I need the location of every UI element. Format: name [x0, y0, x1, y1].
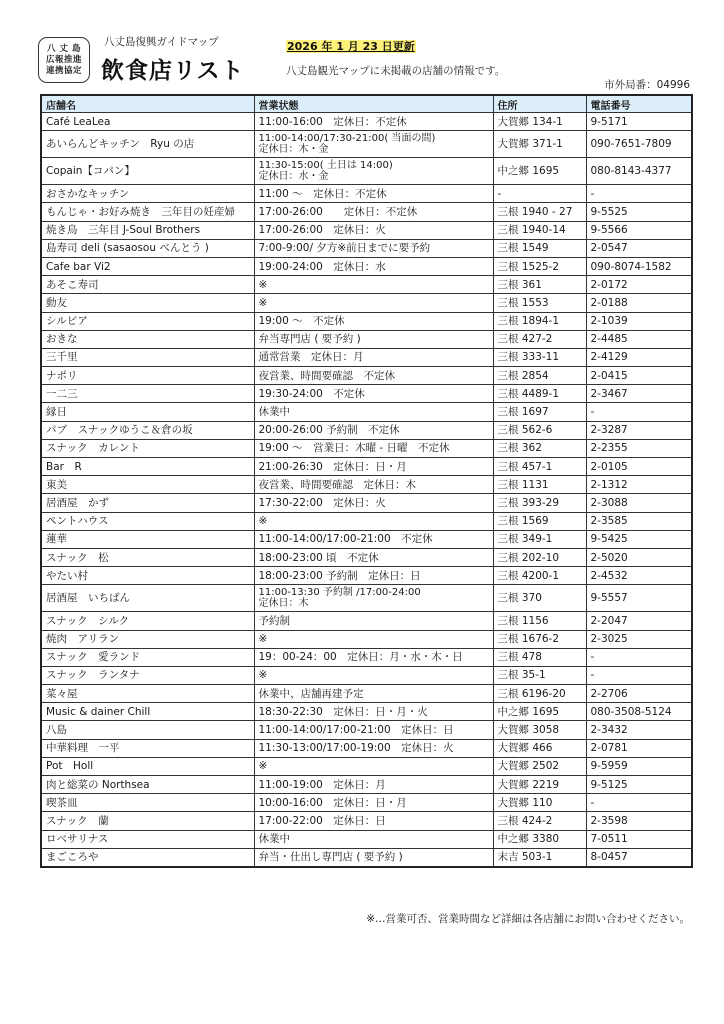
- cell-hours: 17:30-22:00 定休日：火: [254, 494, 493, 512]
- cell-hours-text: 21:00-26:30 定休日：日・月: [259, 461, 407, 473]
- cell-hours-text: 弁当・仕出し専門店 ( 要予約 ): [259, 851, 403, 863]
- cell-phone-text: 2-3467: [591, 388, 628, 400]
- cell-phone-text: 8-0457: [591, 851, 628, 863]
- cell-phone: 2-3432: [586, 721, 692, 739]
- cell-address: 三根 361: [493, 276, 586, 294]
- cell-address: 三根 362: [493, 439, 586, 457]
- cell-address-text: 三根 2854: [498, 370, 549, 382]
- cell-name-text: Copain【コパン】: [46, 165, 135, 177]
- cell-hours-text: ※: [259, 760, 268, 772]
- cell-phone-text: 2-3585: [591, 515, 628, 527]
- cell-hours: 休業中: [254, 830, 493, 848]
- cell-hours: ※: [254, 757, 493, 775]
- cell-address-text: 大賀郷 2219: [498, 779, 560, 791]
- cell-address-text: 大賀郷 134-1: [498, 116, 563, 128]
- cell-address-text: 三根 349-1: [498, 533, 553, 545]
- cell-phone-text: 2-0172: [591, 279, 628, 291]
- cell-name: もんじゃ・お好み焼き 三年目の妊産婦: [41, 203, 254, 221]
- cell-hours: 19:00 ～ 営業日：木曜 - 日曜 不定休: [254, 439, 493, 457]
- cell-phone-text: 090-7651-7809: [591, 138, 672, 150]
- cell-address-text: 大賀郷 110: [498, 797, 553, 809]
- cell-hours-text: 19:00-24:00 定休日：水: [259, 261, 386, 273]
- table-row: Cafe bar Vi219:00-24:00 定休日：水三根 1525-209…: [41, 257, 692, 275]
- cell-address-text: 三根 4200-1: [498, 570, 560, 582]
- cell-phone-text: 2-4485: [591, 333, 628, 345]
- cell-hours: 19:00 ～ 不定休: [254, 312, 493, 330]
- table-row: 三千里通常営業 定休日：月三根 333-112-4129: [41, 348, 692, 366]
- cell-name-text: 肉と総菜の Northsea: [46, 779, 150, 791]
- cell-phone: -: [586, 403, 692, 421]
- cell-hours: 11:00-14:00/17:30-21:00( 当面の間)定休日：木・金: [254, 131, 493, 158]
- cell-phone: 2-5020: [586, 548, 692, 566]
- cell-phone-text: 2-5020: [591, 552, 628, 564]
- table-row: やたい村18:00-23:00 予約制 定休日：日三根 4200-12-4532: [41, 567, 692, 585]
- cell-phone: -: [586, 794, 692, 812]
- cell-hours: 弁当・仕出し専門店 ( 要予約 ): [254, 848, 493, 867]
- cell-name: 喫茶皿: [41, 794, 254, 812]
- cell-name-text: スナック 愛ランド: [46, 651, 140, 663]
- cell-hours: 19：00-24：00 定休日：月・水・木・日: [254, 648, 493, 666]
- cell-phone: 090-8074-1582: [586, 257, 692, 275]
- cell-address: 三根 6196-20: [493, 685, 586, 703]
- cell-hours-text: 11:00 ～ 定休日：不定休: [259, 188, 387, 200]
- cell-address: 三根 370: [493, 585, 586, 612]
- cell-hours: ※: [254, 512, 493, 530]
- table-row: 中華料理 一平11:30-13:00/17:00-19:00 定休日：火大賀郷 …: [41, 739, 692, 757]
- cell-hours: 通常営業 定休日：月: [254, 348, 493, 366]
- cell-phone-text: 2-2706: [591, 688, 628, 700]
- cell-address-text: 三根 1676-2: [498, 633, 560, 645]
- table-row: 一二三19:30-24:00 不定休三根 4489-12-3467: [41, 385, 692, 403]
- cell-hours-text: 休業中、店舗再建予定: [259, 688, 364, 700]
- cell-address-text: 三根 478: [498, 651, 542, 663]
- cell-hours: 18:30-22:30 定休日：日・月・火: [254, 703, 493, 721]
- cell-phone-text: 090-8074-1582: [591, 261, 672, 273]
- table-row: 焼肉 アリラン※三根 1676-22-3025: [41, 630, 692, 648]
- cell-name: ペントハウス: [41, 512, 254, 530]
- cell-address: 三根 35-1: [493, 666, 586, 684]
- cell-address: -: [493, 185, 586, 203]
- cell-hours: 予約制: [254, 612, 493, 630]
- cell-hours-text: 20:00-26:00 予約制 不定休: [259, 424, 400, 436]
- cell-name-text: 八島: [46, 724, 67, 736]
- cell-address: 三根 1676-2: [493, 630, 586, 648]
- cell-phone-text: 9-5566: [591, 224, 628, 236]
- cell-address: 三根 4489-1: [493, 385, 586, 403]
- cell-address-text: 三根 562-6: [498, 424, 553, 436]
- cell-phone-text: 9-5125: [591, 779, 628, 791]
- cell-phone-text: 080-8143-4377: [591, 165, 672, 177]
- cell-phone: 080-8143-4377: [586, 158, 692, 185]
- cell-phone: 9-5557: [586, 585, 692, 612]
- table-row: 居酒屋 かず17:30-22:00 定休日：火三根 393-292-3088: [41, 494, 692, 512]
- table-row: スナック カレント19:00 ～ 営業日：木曜 - 日曜 不定休三根 3622-…: [41, 439, 692, 457]
- cell-phone: 2-3598: [586, 812, 692, 830]
- cell-hours: 弁当専門店 ( 要予約 ): [254, 330, 493, 348]
- table-row: スナック 愛ランド19：00-24：00 定休日：月・水・木・日三根 478-: [41, 648, 692, 666]
- cell-phone: 080-3508-5124: [586, 703, 692, 721]
- cell-address: 三根 393-29: [493, 494, 586, 512]
- cell-phone-text: 2-2355: [591, 442, 628, 454]
- column-header-name: 店舗名: [41, 95, 254, 113]
- cell-phone-text: 2-0547: [591, 242, 628, 254]
- cell-name: 居酒屋 いちばん: [41, 585, 254, 612]
- cell-hours: 18:00-23:00 予約制 定休日：日: [254, 567, 493, 585]
- cell-phone: 9-5566: [586, 221, 692, 239]
- cell-address: 三根 1940 - 27: [493, 203, 586, 221]
- cell-name: 焼き鳥 三年目 J-Soul Brothers: [41, 221, 254, 239]
- cell-name-text: 喫茶皿: [46, 797, 78, 809]
- cell-hours-text: 11:30-15:00( 土日は 14:00): [259, 160, 489, 171]
- table-row: おさかなキッチン11:00 ～ 定休日：不定休--: [41, 185, 692, 203]
- cell-phone-text: 9-5525: [591, 206, 628, 218]
- cell-address: 三根 562-6: [493, 421, 586, 439]
- cell-address-text: 三根 1131: [498, 479, 549, 491]
- cell-name-text: Music & dainer Chill: [46, 706, 150, 718]
- cell-address: 中之郷 3380: [493, 830, 586, 848]
- table-row: ペントハウス※三根 15692-3585: [41, 512, 692, 530]
- cell-address: 中之郷 1695: [493, 158, 586, 185]
- cell-name-text: 中華料理 一平: [46, 742, 120, 754]
- cell-name-text: パブ スナックゆうこ＆倉の坂: [46, 424, 193, 436]
- cell-hours-text: 17:00-26:00 定休日：火: [259, 224, 386, 236]
- cell-phone: 9-5171: [586, 113, 692, 131]
- cell-name-text: 焼き鳥 三年目 J-Soul Brothers: [46, 224, 200, 236]
- cell-name: おさかなキッチン: [41, 185, 254, 203]
- cell-hours-text: 夜営業、時間要確認 定休日：木: [259, 479, 417, 491]
- cell-hours: 11:30-15:00( 土日は 14:00)定休日：水・金: [254, 158, 493, 185]
- cell-address-text: 三根 361: [498, 279, 542, 291]
- cell-phone: 2-1039: [586, 312, 692, 330]
- column-header-phone: 電話番号: [586, 95, 692, 113]
- cell-hours-text: ※: [259, 669, 268, 681]
- cell-name-text: まごころや: [46, 851, 99, 863]
- cell-phone: -: [586, 185, 692, 203]
- cell-address: 三根 478: [493, 648, 586, 666]
- cell-address: 大賀郷 2219: [493, 776, 586, 794]
- cell-phone: -: [586, 666, 692, 684]
- cell-address-text: 三根 370: [498, 592, 542, 604]
- cell-name: やたい村: [41, 567, 254, 585]
- cell-phone: 2-1312: [586, 476, 692, 494]
- cell-hours: 21:00-26:30 定休日：日・月: [254, 458, 493, 476]
- cell-phone: 9-5125: [586, 776, 692, 794]
- cell-name: スナック 松: [41, 548, 254, 566]
- cell-name: ロベサリナス: [41, 830, 254, 848]
- table-row: Café LeaLea11:00-16:00 定休日：不定休大賀郷 134-19…: [41, 113, 692, 131]
- cell-name-text: 縁日: [46, 406, 67, 418]
- cell-hours-text: 11:00-14:00/17:30-21:00( 当面の間): [259, 133, 489, 144]
- table-row: あいらんどキッチン Ryu の店11:00-14:00/17:30-21:00(…: [41, 131, 692, 158]
- cell-address-text: 三根 427-2: [498, 333, 553, 345]
- cell-phone: 9-5959: [586, 757, 692, 775]
- cell-phone-text: 2-1039: [591, 315, 628, 327]
- cell-hours: 夜営業、時間要確認 定休日：木: [254, 476, 493, 494]
- cell-phone-text: -: [591, 797, 595, 809]
- cell-name: あいらんどキッチン Ryu の店: [41, 131, 254, 158]
- cell-phone: 2-0105: [586, 458, 692, 476]
- cell-address: 大賀郷 134-1: [493, 113, 586, 131]
- table-row: 喫茶皿10:00-16:00 定休日：日・月大賀郷 110-: [41, 794, 692, 812]
- cell-phone-text: 2-0415: [591, 370, 628, 382]
- cell-name-text: スナック ランタナ: [46, 669, 140, 681]
- cell-name: 蓮華: [41, 530, 254, 548]
- page-title: 飲食店リスト: [101, 52, 245, 85]
- cell-address-text: -: [498, 188, 502, 200]
- cell-phone-text: 7-0511: [591, 833, 628, 845]
- cell-phone-text: 2-3432: [591, 724, 628, 736]
- logo-badge: 八 丈 島 広報推進 連携協定: [38, 37, 90, 83]
- cell-name: パブ スナックゆうこ＆倉の坂: [41, 421, 254, 439]
- cell-name: Café LeaLea: [41, 113, 254, 131]
- cell-address: 三根 1156: [493, 612, 586, 630]
- cell-address: 三根 4200-1: [493, 567, 586, 585]
- cell-hours: 11:00-14:00/17:00-21:00 不定休: [254, 530, 493, 548]
- cell-address: 三根 1697: [493, 403, 586, 421]
- cell-name-text: Bar R: [46, 461, 82, 473]
- cell-hours: 休業中、店舗再建予定: [254, 685, 493, 703]
- cell-hours-text: 18:00-23:00 頃 不定休: [259, 552, 379, 564]
- cell-hours: 夜営業、時間要確認 不定休: [254, 367, 493, 385]
- cell-phone: 7-0511: [586, 830, 692, 848]
- table-row: Copain【コパン】11:30-15:00( 土日は 14:00)定休日：水・…: [41, 158, 692, 185]
- cell-address: 大賀郷 110: [493, 794, 586, 812]
- cell-phone-text: 2-3088: [591, 497, 628, 509]
- cell-phone-text: -: [591, 651, 595, 663]
- cell-name-text: スナック 蘭: [46, 815, 109, 827]
- cell-address: 末吉 503-1: [493, 848, 586, 867]
- cell-phone: 8-0457: [586, 848, 692, 867]
- cell-phone-text: -: [591, 406, 595, 418]
- cell-name-text: 居酒屋 いちばん: [46, 592, 130, 604]
- cell-name-text: スナック 松: [46, 552, 109, 564]
- cell-name: Bar R: [41, 458, 254, 476]
- cell-phone-text: -: [591, 188, 595, 200]
- cell-hours: 11:00-14:00/17:00-21:00 定休日：日: [254, 721, 493, 739]
- cell-hours-text: 18:30-22:30 定休日：日・月・火: [259, 706, 428, 718]
- cell-address-text: 中之郷 3380: [498, 833, 560, 845]
- cell-hours: 20:00-26:00 予約制 不定休: [254, 421, 493, 439]
- cell-hours-text-line2: 定休日：木: [259, 598, 489, 609]
- area-code: 市外局番：04996: [604, 77, 690, 92]
- update-date: 2026 年 1 月 23 日更新: [286, 40, 416, 53]
- cell-hours-text-line2: 定休日：水・金: [259, 171, 489, 182]
- table-row: Pot Holl※大賀郷 25029-5959: [41, 757, 692, 775]
- table-row: 島寿司 deli (sasaosou べんとう )7:00-9:00/ 夕方※前…: [41, 239, 692, 257]
- cell-name-text: 島寿司 deli (sasaosou べんとう ): [46, 242, 209, 254]
- table-row: 菜々屋休業中、店舗再建予定三根 6196-202-2706: [41, 685, 692, 703]
- cell-name: 縁日: [41, 403, 254, 421]
- cell-name: 菜々屋: [41, 685, 254, 703]
- cell-hours-text: 19：00-24：00 定休日：月・水・木・日: [259, 651, 463, 663]
- cell-name-text: Café LeaLea: [46, 116, 110, 128]
- cell-name-text: 蓮華: [46, 533, 67, 545]
- table-row: おきな弁当専門店 ( 要予約 )三根 427-22-4485: [41, 330, 692, 348]
- cell-name: 焼肉 アリラン: [41, 630, 254, 648]
- cell-hours-text: 17:30-22:00 定休日：火: [259, 497, 386, 509]
- cell-address-text: 三根 202-10: [498, 552, 560, 564]
- cell-name-text: 三千里: [46, 351, 78, 363]
- cell-address-text: 三根 1525-2: [498, 261, 560, 273]
- cell-phone-text: 2-0105: [591, 461, 628, 473]
- cell-address-text: 三根 1569: [498, 515, 549, 527]
- cell-address: 三根 457-1: [493, 458, 586, 476]
- cell-phone: 2-3585: [586, 512, 692, 530]
- cell-name: スナック 愛ランド: [41, 648, 254, 666]
- cell-address: 中之郷 1695: [493, 703, 586, 721]
- cell-phone-text: 2-2047: [591, 615, 628, 627]
- cell-address-text: 三根 1553: [498, 297, 549, 309]
- cell-name: スナック シルク: [41, 612, 254, 630]
- cell-hours: 11:30-13:00/17:00-19:00 定休日：火: [254, 739, 493, 757]
- cell-name-text: 一二三: [46, 388, 78, 400]
- cell-phone-text: 2-3598: [591, 815, 628, 827]
- logo-line-3: 連携協定: [46, 66, 82, 77]
- cell-address-text: 三根 393-29: [498, 497, 560, 509]
- cell-phone: 2-0781: [586, 739, 692, 757]
- table-body: Café LeaLea11:00-16:00 定休日：不定休大賀郷 134-19…: [41, 113, 692, 867]
- table-row: スナック 松18:00-23:00 頃 不定休三根 202-102-5020: [41, 548, 692, 566]
- cell-name: あそこ寿司: [41, 276, 254, 294]
- cell-name: 一二三: [41, 385, 254, 403]
- cell-address-text: 中之郷 1695: [498, 706, 560, 718]
- cell-hours-text: 11:00-19:00 定休日：月: [259, 779, 386, 791]
- cell-address-text: 三根 457-1: [498, 461, 553, 473]
- cell-name: スナック ランタナ: [41, 666, 254, 684]
- cell-phone: 9-5425: [586, 530, 692, 548]
- cell-phone: 2-0172: [586, 276, 692, 294]
- cell-name-text: やたい村: [46, 570, 88, 582]
- cell-phone: 9-5525: [586, 203, 692, 221]
- table-row: 蓮華11:00-14:00/17:00-21:00 不定休三根 349-19-5…: [41, 530, 692, 548]
- cell-hours: ※: [254, 276, 493, 294]
- cell-address-text: 三根 362: [498, 442, 542, 454]
- table-row: Bar R21:00-26:30 定休日：日・月三根 457-12-0105: [41, 458, 692, 476]
- cell-phone-text: 080-3508-5124: [591, 706, 672, 718]
- restaurant-table: 店舗名 営業状態 住所 電話番号 Café LeaLea11:00-16:00 …: [40, 94, 693, 868]
- cell-phone: 090-7651-7809: [586, 131, 692, 158]
- cell-hours-text: 10:00-16:00 定休日：日・月: [259, 797, 407, 809]
- cell-address-text: 三根 1940 - 27: [498, 206, 573, 218]
- cell-hours-text: ※: [259, 515, 268, 527]
- cell-address-text: 三根 1549: [498, 242, 549, 254]
- cell-phone: 2-4129: [586, 348, 692, 366]
- cell-hours: 11:00-19:00 定休日：月: [254, 776, 493, 794]
- cell-hours: 11:00-13:30 予約制 /17:00-24:00定休日：木: [254, 585, 493, 612]
- cell-address: 大賀郷 371-1: [493, 131, 586, 158]
- cell-phone: 2-0547: [586, 239, 692, 257]
- cell-phone-text: 2-1312: [591, 479, 628, 491]
- cell-hours-text: 夜営業、時間要確認 不定休: [259, 370, 396, 382]
- cell-hours-text: 予約制: [259, 615, 291, 627]
- cell-name-text: おさかなキッチン: [46, 188, 129, 200]
- cell-hours: 18:00-23:00 頃 不定休: [254, 548, 493, 566]
- table-row: シルビア19:00 ～ 不定休三根 1894-12-1039: [41, 312, 692, 330]
- cell-name: 肉と総菜の Northsea: [41, 776, 254, 794]
- cell-phone: 2-0188: [586, 294, 692, 312]
- cell-address: 大賀郷 3058: [493, 721, 586, 739]
- cell-name-text: 焼肉 アリラン: [46, 633, 119, 645]
- cell-address-text: 中之郷 1695: [498, 165, 560, 177]
- cell-phone: 2-2047: [586, 612, 692, 630]
- cell-phone: 2-2355: [586, 439, 692, 457]
- cell-phone: -: [586, 648, 692, 666]
- cell-hours-text-line2: 定休日：木・金: [259, 144, 489, 155]
- table-row: ロベサリナス休業中中之郷 33807-0511: [41, 830, 692, 848]
- cell-phone-text: 9-5959: [591, 760, 628, 772]
- cell-hours-text: 11:00-13:30 予約制 /17:00-24:00: [259, 587, 489, 598]
- cell-phone-text: 9-5171: [591, 116, 628, 128]
- cell-phone-text: 2-3287: [591, 424, 628, 436]
- logo-line-1: 八 丈 島: [47, 44, 81, 55]
- cell-address-text: 大賀郷 3058: [498, 724, 560, 736]
- cell-address-text: 三根 424-2: [498, 815, 553, 827]
- cell-name-text: 居酒屋 かず: [46, 497, 109, 509]
- cell-address: 三根 424-2: [493, 812, 586, 830]
- cell-name-text: Cafe bar Vi2: [46, 261, 111, 273]
- cell-name: スナック カレント: [41, 439, 254, 457]
- table-row: パブ スナックゆうこ＆倉の坂20:00-26:00 予約制 不定休三根 562-…: [41, 421, 692, 439]
- table-row: スナック 蘭17:00-22:00 定休日：日三根 424-22-3598: [41, 812, 692, 830]
- table-row: ナポリ夜営業、時間要確認 不定休三根 28542-0415: [41, 367, 692, 385]
- cell-phone: 2-3088: [586, 494, 692, 512]
- table-row: もんじゃ・お好み焼き 三年目の妊産婦17:00-26:00 定休日：不定休三根 …: [41, 203, 692, 221]
- cell-name: 動友: [41, 294, 254, 312]
- cell-address-text: 三根 6196-20: [498, 688, 566, 700]
- cell-hours: ※: [254, 630, 493, 648]
- cell-address: 三根 1553: [493, 294, 586, 312]
- cell-name: おきな: [41, 330, 254, 348]
- cell-name: シルビア: [41, 312, 254, 330]
- logo-line-2: 広報推進: [46, 55, 82, 66]
- cell-phone: 2-4532: [586, 567, 692, 585]
- cell-address-text: 大賀郷 466: [498, 742, 553, 754]
- column-header-address: 住所: [493, 95, 586, 113]
- table-row: 焼き鳥 三年目 J-Soul Brothers17:00-26:00 定休日：火…: [41, 221, 692, 239]
- cell-hours-text: 11:00-16:00 定休日：不定休: [259, 116, 407, 128]
- cell-name: 東美: [41, 476, 254, 494]
- cell-hours-text: ※: [259, 279, 268, 291]
- cell-hours-text: 休業中: [259, 833, 291, 845]
- cell-address: 大賀郷 466: [493, 739, 586, 757]
- cell-name-text: 菜々屋: [46, 688, 78, 700]
- cell-hours-text: 弁当専門店 ( 要予約 ): [259, 333, 361, 345]
- cell-phone: 2-4485: [586, 330, 692, 348]
- cell-hours: 7:00-9:00/ 夕方※前日までに要予約: [254, 239, 493, 257]
- cell-phone-text: 2-3025: [591, 633, 628, 645]
- column-header-hours: 営業状態: [254, 95, 493, 113]
- cell-address-text: 大賀郷 2502: [498, 760, 560, 772]
- cell-name-text: おきな: [46, 333, 78, 345]
- cell-name: 八島: [41, 721, 254, 739]
- table-row: スナック ランタナ※三根 35-1-: [41, 666, 692, 684]
- table-row: Music & dainer Chill18:30-22:30 定休日：日・月・…: [41, 703, 692, 721]
- cell-address-text: 三根 1940-14: [498, 224, 566, 236]
- cell-phone: 2-3025: [586, 630, 692, 648]
- cell-hours-text: 休業中: [259, 406, 291, 418]
- cell-hours-text: ※: [259, 633, 268, 645]
- cell-phone: 2-0415: [586, 367, 692, 385]
- cell-name-text: もんじゃ・お好み焼き 三年目の妊産婦: [46, 206, 235, 218]
- cell-hours-text: 17:00-22:00 定休日：日: [259, 815, 386, 827]
- cell-hours: ※: [254, 294, 493, 312]
- cell-name: 三千里: [41, 348, 254, 366]
- cell-address: 三根 1894-1: [493, 312, 586, 330]
- cell-hours-text: 19:00 ～ 営業日：木曜 - 日曜 不定休: [259, 442, 450, 454]
- cell-name: Copain【コパン】: [41, 158, 254, 185]
- table-row: 八島11:00-14:00/17:00-21:00 定休日：日大賀郷 30582…: [41, 721, 692, 739]
- cell-name-text: あいらんどキッチン Ryu の店: [46, 138, 194, 150]
